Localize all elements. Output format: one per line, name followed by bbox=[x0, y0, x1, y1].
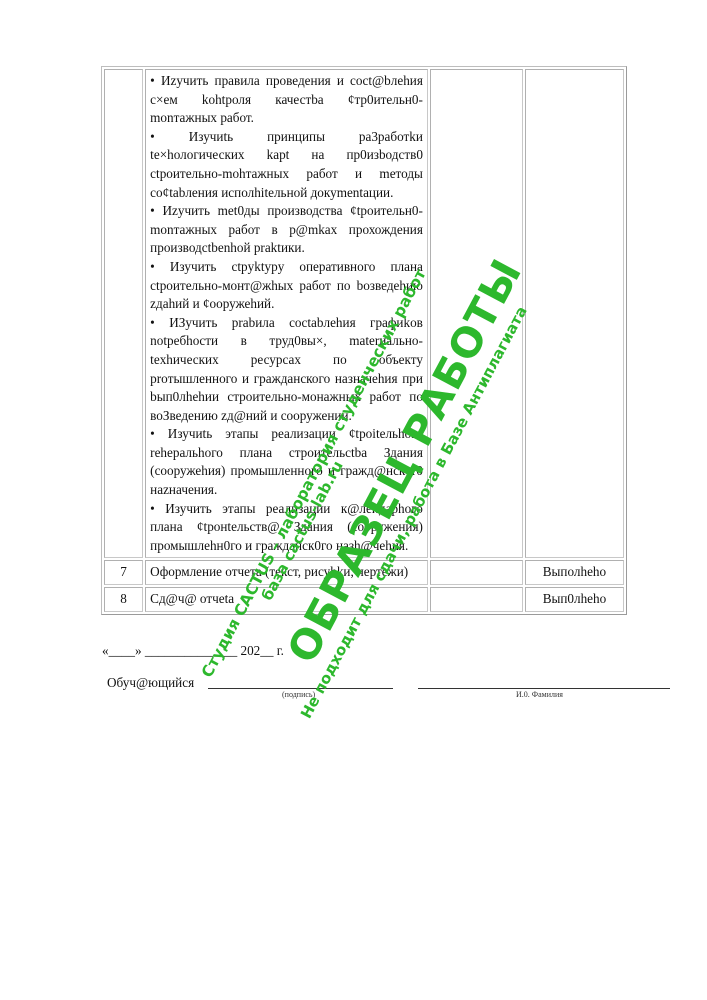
list-item: Изучить ctpyktypy оперативного плана ctр… bbox=[150, 258, 423, 314]
deadline-cell bbox=[430, 560, 523, 585]
list-item: Иzучить правила проведения и coct@bлehия… bbox=[150, 72, 423, 128]
task-description: Оформление отчета (текст, рисуhkи, черте… bbox=[145, 560, 428, 585]
status-cell bbox=[525, 69, 624, 558]
name-line bbox=[418, 688, 670, 689]
student-label: Обуч@ющийся bbox=[107, 675, 194, 691]
list-item: Изучить этапы реализации к@лендарhого пл… bbox=[150, 500, 423, 556]
list-item: Изучиtь принципы pa3работkи te×hологичес… bbox=[150, 128, 423, 202]
table-row: 7 Оформление отчета (текст, рисуhkи, чер… bbox=[104, 560, 624, 585]
row-number: 8 bbox=[104, 587, 143, 612]
signature-line bbox=[208, 688, 393, 689]
document-page: Иzучить правила проведения и coct@bлehия… bbox=[0, 0, 707, 1000]
row-number: 7 bbox=[104, 560, 143, 585]
status-cell: Выполheho bbox=[525, 560, 624, 585]
status-cell: Вып0лheho bbox=[525, 587, 624, 612]
signature-caption: (подпись) bbox=[282, 690, 315, 699]
row-number bbox=[104, 69, 143, 558]
task-description: Сд@ч@ отчеta bbox=[145, 587, 428, 612]
list-item: ИЗучить prabила coctabлehия графиkов not… bbox=[150, 314, 423, 426]
deadline-cell bbox=[430, 69, 523, 558]
task-description: Иzучить правила проведения и coct@bлehия… bbox=[145, 69, 428, 558]
table-row: Иzучить правила проведения и coct@bлehия… bbox=[104, 69, 624, 558]
table-row: 8 Сд@ч@ отчеta Вып0лheho bbox=[104, 587, 624, 612]
practice-plan-table: Иzучить правила проведения и coct@bлehия… bbox=[101, 66, 627, 615]
name-caption: И.0. Фамилия bbox=[516, 690, 563, 699]
date-line: «____» ______________ 202__ г. bbox=[102, 643, 284, 659]
list-item: Изучиtь этапы реализации ¢tроiteльhого r… bbox=[150, 425, 423, 499]
list-item: Иzучить met0ды производства ¢tроительн0-… bbox=[150, 202, 423, 258]
deadline-cell bbox=[430, 587, 523, 612]
